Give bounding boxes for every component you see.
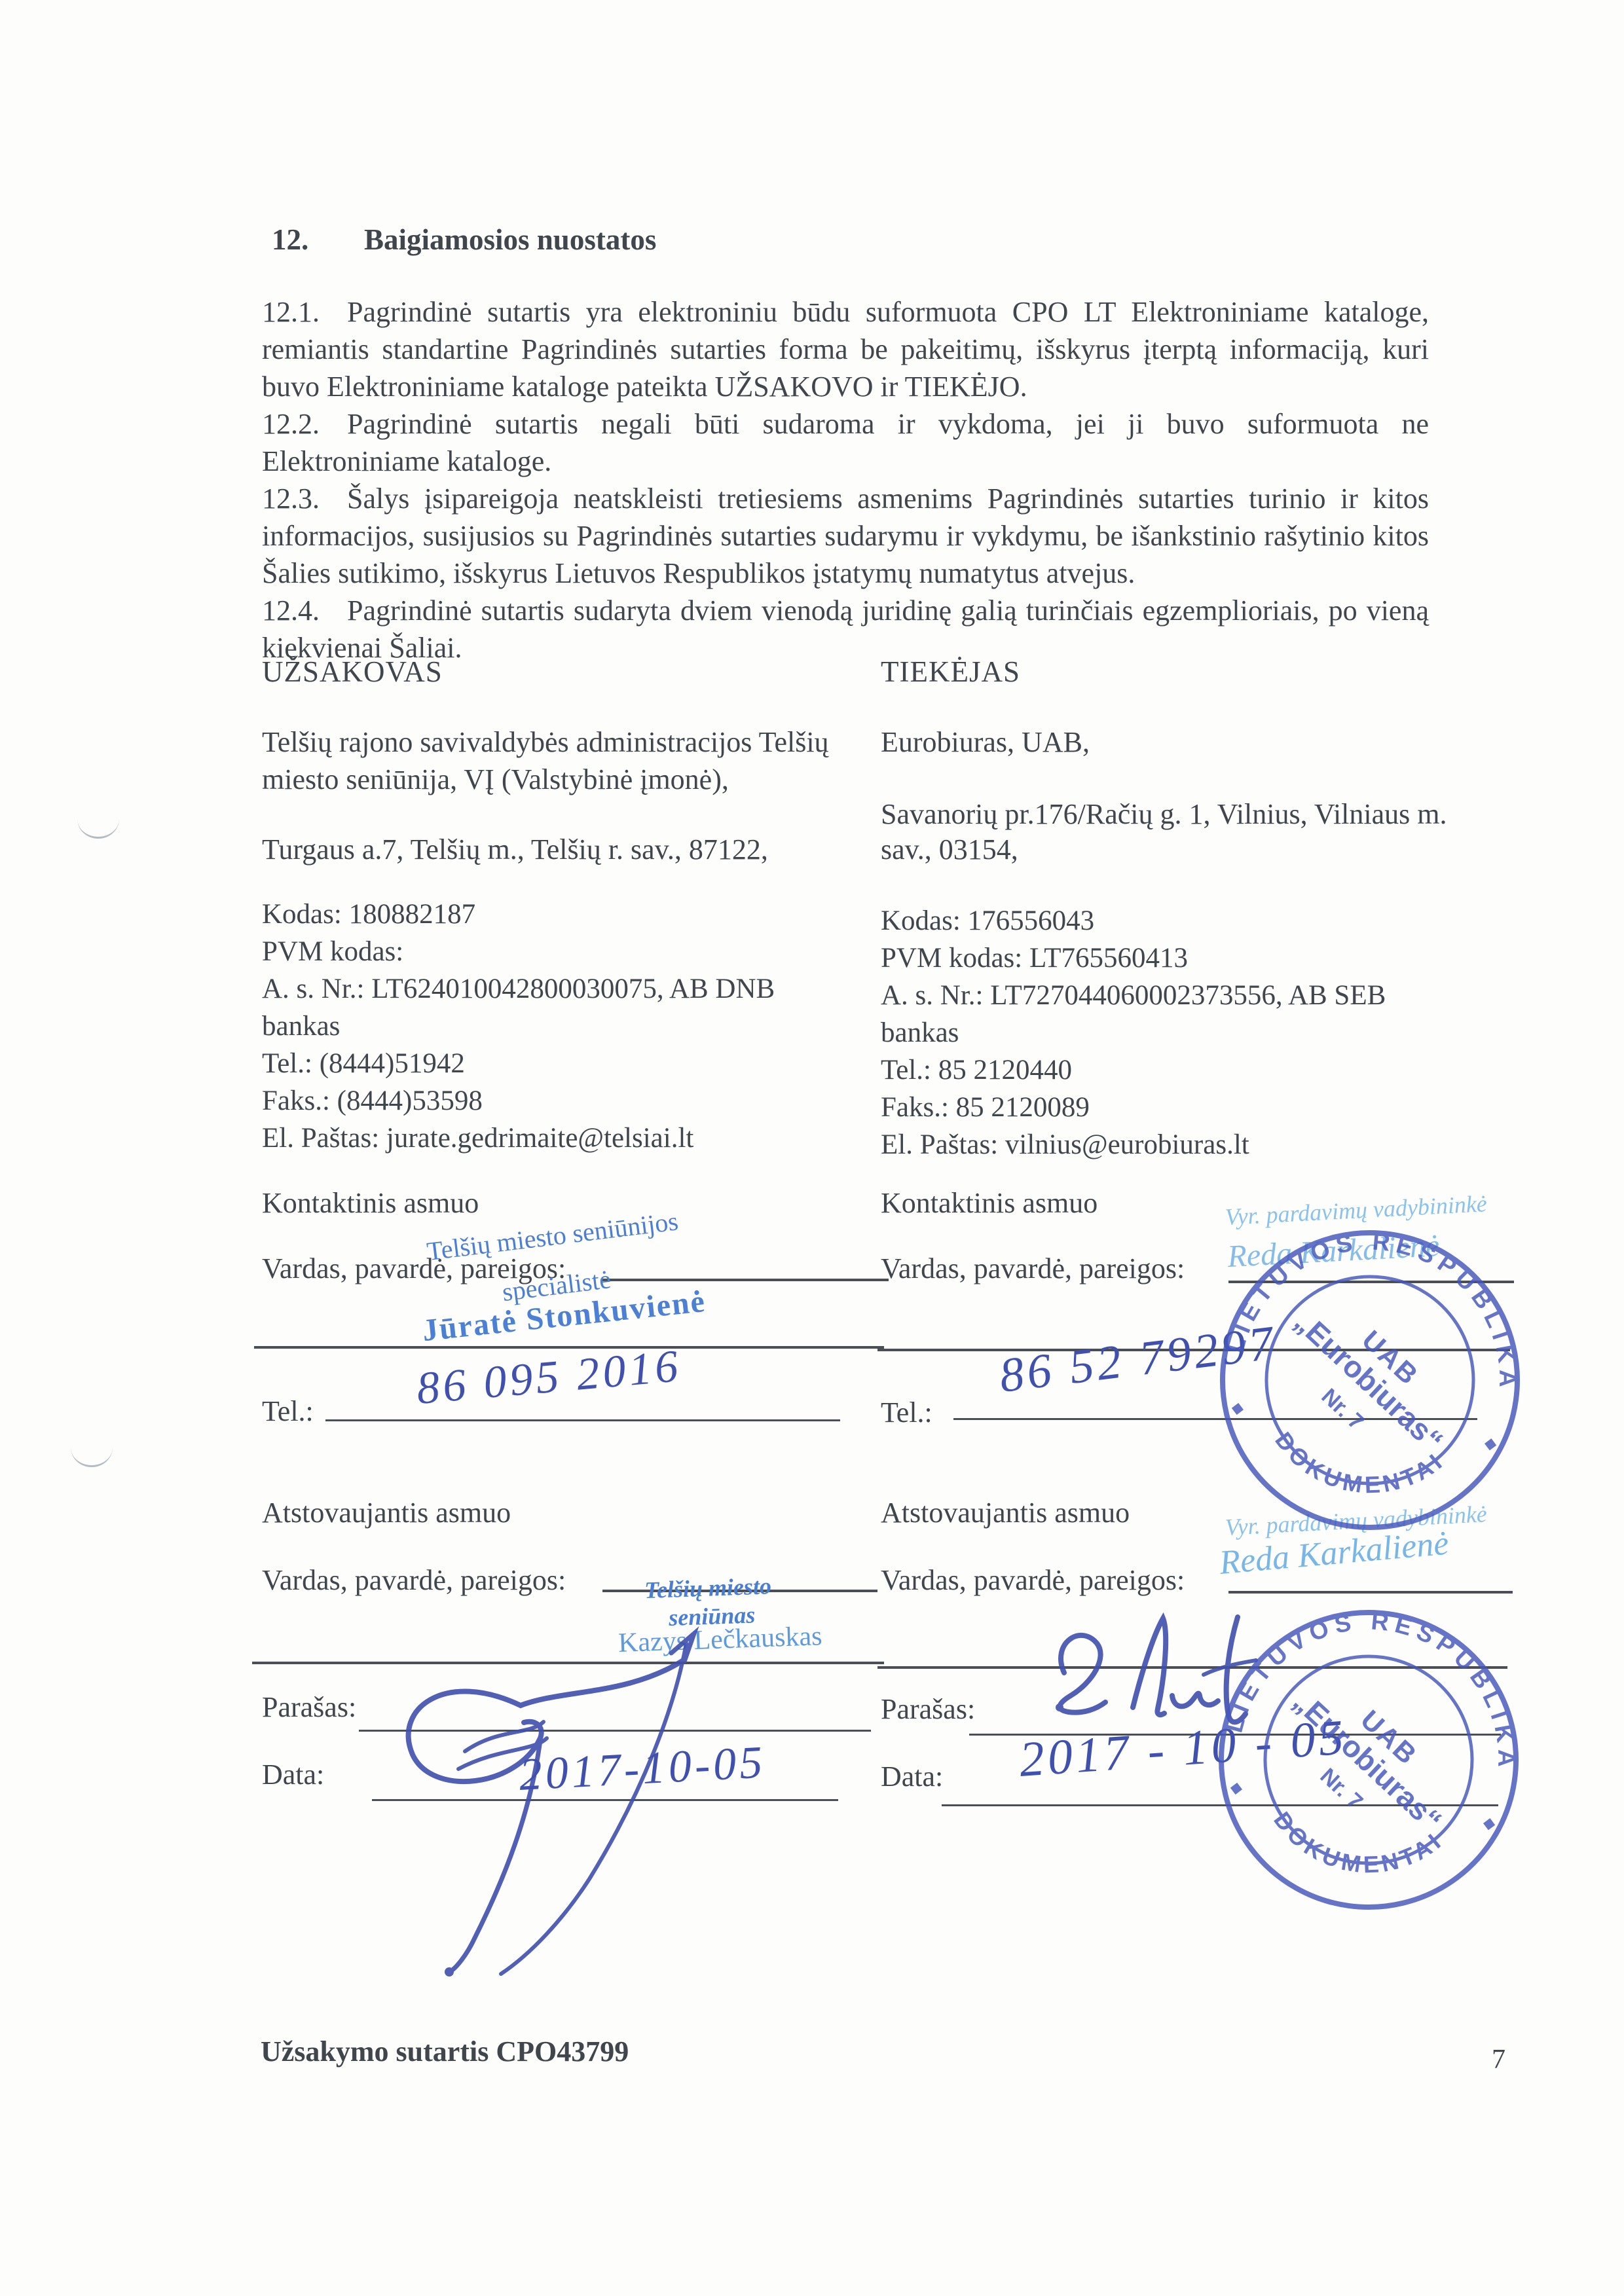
clause-number: 12.3. [262, 483, 320, 515]
buyer-code: Kodas: 180882187 [262, 898, 475, 930]
buyer-name-line2: miesto seniūnija, VĮ (Valstybinė įmonė), [262, 763, 729, 796]
clause-number: 12.2. [262, 408, 320, 440]
pencil-mark [77, 817, 119, 839]
supplier-bank: bankas [881, 1017, 959, 1049]
eurobiuras-round-seal: LIETUVOS RESPUBLIKA DOKUMENTAI UAB „Euro… [1211, 1603, 1528, 1920]
buyer-email: El. Paštas: jurate.gedrimaite@telsiai.lt [262, 1122, 693, 1154]
fill-in-line [254, 1346, 884, 1349]
supplier-account: A. s. Nr.: LT727044060002373556, AB SEB [881, 979, 1386, 1011]
supplier-rep-name-label: Vardas, pavardė, pareigos: [881, 1563, 1185, 1597]
clause-12-2: 12.2.Pagrindinė sutartis negali būti sud… [262, 405, 1429, 480]
supplier-address-line2: sav., 03154, [881, 833, 1018, 866]
buyer-tel-handwriting: 86 095 2016 [415, 1340, 683, 1415]
seal-diamond-right [1483, 1818, 1495, 1830]
clause-text: Pagrindinė sutartis yra elektroniniu būd… [262, 296, 1429, 403]
supplier-code: Kodas: 176556043 [881, 905, 1094, 937]
section-number: 12. [272, 223, 308, 257]
seal-center-company: „Eurobiuras“ [1287, 1684, 1449, 1838]
clause-number: 12.4. [262, 594, 320, 627]
supplier-name: Eurobiuras, UAB, [881, 725, 1090, 759]
supplier-signature-label: Parašas: [881, 1692, 975, 1726]
buyer-rep-name-label: Vardas, pavardė, pareigos: [262, 1563, 566, 1597]
supplier-email: El. Paštas: vilnius@eurobiuras.lt [881, 1129, 1249, 1161]
buyer-tel-label: Tel.: [262, 1394, 314, 1428]
buyer-fax: Faks.: (8444)53598 [262, 1085, 483, 1117]
buyer-signature-ink [367, 1597, 720, 1990]
buyer-account: A. s. Nr.: LT624010042800030075, AB DNB [262, 973, 775, 1005]
supplier-date-label: Data: [881, 1760, 943, 1793]
fill-in-line [602, 1279, 889, 1281]
buyer-signature-label: Parašas: [262, 1690, 356, 1724]
supplier-representative-title: Atstovaujantis asmuo [881, 1496, 1130, 1529]
buyer-vat-code: PVM kodas: [262, 936, 403, 968]
supplier-vat-code: PVM kodas: LT765560413 [881, 942, 1188, 974]
clause-12-3: 12.3.Šalys įsipareigoja neatskleisti tre… [262, 480, 1429, 592]
eurobiuras-round-seal: LIETUVOS RESPUBLIKA DOKUMENTAI UAB „Euro… [1213, 1223, 1530, 1540]
section-title: Baigiamosios nuostatos [364, 223, 656, 257]
buyer-date-label: Data: [262, 1758, 324, 1791]
seal-diamond-left [1230, 1783, 1242, 1795]
supplier-tel-label: Tel.: [881, 1396, 932, 1429]
page-number: 7 [1492, 2044, 1505, 2075]
supplier-contact-title: Kontaktinis asmuo [881, 1186, 1098, 1220]
buyer-representative-title: Atstovaujantis asmuo [262, 1496, 511, 1529]
buyer-tel: Tel.: (8444)51942 [262, 1048, 465, 1080]
clause-12-1: 12.1.Pagrindinė sutartis yra elektronini… [262, 293, 1429, 405]
supplier-tel: Tel.: 85 2120440 [881, 1054, 1072, 1086]
seal-diamond-right [1485, 1438, 1496, 1450]
footer-document-label: Užsakymo sutartis CPO43799 [261, 2035, 629, 2068]
clause-text: Pagrindinė sutartis negali būti sudaroma… [262, 408, 1429, 477]
clause-number: 12.1. [262, 296, 320, 328]
buyer-bank: bankas [262, 1010, 340, 1042]
fill-in-line [325, 1419, 840, 1421]
seal-diamond-left [1232, 1403, 1244, 1415]
supplier-fax: Faks.: 85 2120089 [881, 1091, 1090, 1123]
supplier-role-title: TIEKĖJAS [881, 655, 1020, 689]
seal-center-company: „Eurobiuras“ [1288, 1304, 1450, 1458]
buyer-address: Turgaus a.7, Telšių m., Telšių r. sav., … [262, 833, 768, 866]
supplier-address-line1: Savanorių pr.176/Račių g. 1, Vilnius, Vi… [881, 797, 1447, 831]
clause-text: Pagrindinė sutartis sudaryta dviem vieno… [262, 594, 1429, 664]
fill-in-line [1228, 1591, 1513, 1594]
buyer-role-title: UŽSAKOVAS [262, 655, 443, 689]
clauses-block: 12.1.Pagrindinė sutartis yra elektronini… [262, 293, 1429, 666]
supplier-contact-name-label: Vardas, pavardė, pareigos: [881, 1252, 1185, 1285]
pencil-mark [71, 1446, 113, 1467]
scanned-contract-page: 12. Baigiamosios nuostatos 12.1.Pagrindi… [0, 0, 1624, 2296]
buyer-contact-title: Kontaktinis asmuo [262, 1186, 479, 1220]
buyer-name-line1: Telšių rajono savivaldybės administracij… [262, 725, 829, 759]
clause-text: Šalys įsipareigoja neatskleisti tretiesi… [262, 483, 1429, 589]
